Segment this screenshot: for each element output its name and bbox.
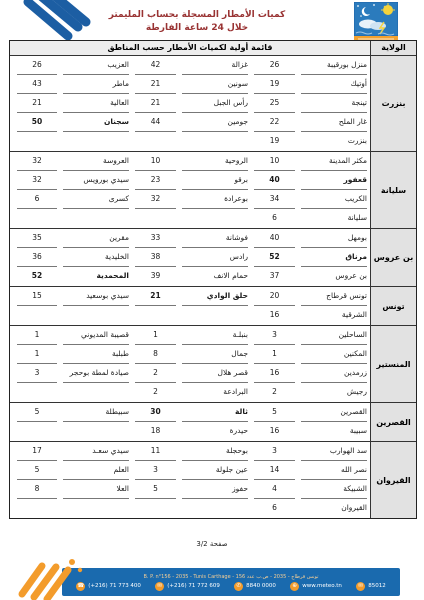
rain-value: 39 (135, 267, 176, 286)
region-name: قصر هلال (182, 364, 248, 383)
rain-value (17, 132, 57, 151)
rain-value: 21 (135, 94, 176, 113)
region-name: منزل بورقيبة (301, 56, 367, 75)
region-name: سليانة (301, 209, 367, 228)
region-name (182, 132, 248, 151)
region-name (182, 499, 248, 518)
region-name: الكريب (301, 190, 367, 209)
sms-icon: ✉ (356, 582, 365, 591)
state-label: تونس (370, 287, 416, 325)
region-name: مرناق (301, 248, 367, 267)
table-section: المنستيرالساحلين3بنبلـة1قصيبة المديوني1ا… (10, 326, 416, 403)
rain-value: 40 (254, 171, 295, 190)
region-name: غار الملح (301, 113, 367, 132)
state-label: القصرين (370, 403, 416, 441)
state-column-header: الولاية (370, 41, 416, 55)
rain-value: 33 (135, 229, 176, 248)
rain-value: 5 (135, 480, 176, 499)
region-name: العالية (63, 94, 129, 113)
rain-value (17, 499, 57, 518)
region-name: سبيبة (301, 422, 367, 441)
region-name: كسرى (63, 190, 129, 209)
region-name: بوعرادة (182, 190, 248, 209)
rain-value: 1 (135, 326, 176, 345)
rain-value: 8 (135, 345, 176, 364)
rain-value: 16 (254, 422, 295, 441)
rain-value (17, 383, 57, 402)
region-name: زرمدين (301, 364, 367, 383)
rain-value: 2 (135, 383, 176, 402)
region-name: بومهل (301, 229, 367, 248)
rain-value (135, 499, 176, 518)
rain-value: 10 (135, 152, 176, 171)
table-title-header: قائمة أولية لكميات الأمطار حسب المناطق (10, 41, 370, 55)
region-name: صيادة لمطة بوحجر (63, 364, 129, 383)
region-name: مكثر المدينة (301, 152, 367, 171)
region-name: الشرقية (301, 306, 367, 325)
region-name: سد الهوارب (301, 442, 367, 461)
region-name (63, 383, 129, 402)
rain-value: 6 (254, 499, 295, 518)
rain-value: 22 (254, 113, 295, 132)
rain-value: 52 (17, 267, 57, 286)
region-name: الروحية (182, 152, 248, 171)
region-name: العلم (63, 461, 129, 480)
region-name: سونين (182, 75, 248, 94)
table-section: القيروانسد الهوارب3بوحجلة11سيدي سعـد17نص… (10, 442, 416, 518)
fax-icon: ✉ (155, 582, 164, 591)
rain-value: 10 (254, 152, 295, 171)
region-name (63, 422, 129, 441)
rain-value: 6 (254, 209, 295, 228)
region-name: سبيطلة (63, 403, 129, 422)
footer-contact-text: www.meteo.tn (302, 583, 342, 589)
rain-value: 2 (254, 383, 295, 402)
footer-contact-item: ✉(+216) 71 772 609 (155, 582, 220, 591)
rain-value: 14 (254, 461, 295, 480)
region-name: قعفور (301, 171, 367, 190)
rain-value: 35 (17, 229, 57, 248)
region-name (63, 132, 129, 151)
region-name: المكنين (301, 345, 367, 364)
page-number: صفحة 3/2 (0, 540, 424, 548)
rain-value (17, 422, 57, 441)
rain-value: 42 (135, 56, 176, 75)
rain-value: 3 (135, 461, 176, 480)
rain-value: 50 (17, 113, 57, 132)
call-center-icon: ✆ (234, 582, 243, 591)
region-name: نصر الله (301, 461, 367, 480)
region-name: جومين (182, 113, 248, 132)
footer-stripes-logo (14, 554, 86, 600)
rain-value: 17 (17, 442, 57, 461)
rain-value: 40 (254, 229, 295, 248)
rain-value: 44 (135, 113, 176, 132)
rain-value: 11 (135, 442, 176, 461)
region-name: سيدي بوسعيد (63, 287, 129, 306)
rain-value: 8 (17, 480, 57, 499)
region-name: حمام الانف (182, 267, 248, 286)
region-name: العزيب (63, 56, 129, 75)
footer-contact-text: (+216) 71 772 609 (167, 583, 220, 589)
rain-value: 15 (17, 287, 57, 306)
state-label: بن عروس (370, 229, 416, 286)
rain-value: 26 (17, 56, 57, 75)
region-name: الساحلين (301, 326, 367, 345)
title-line2: خلال 24 ساعة الفارطة (60, 22, 334, 35)
footer-contact-text: 8840 0000 (246, 583, 276, 589)
state-label: بنزرت (370, 56, 416, 151)
page-title: كميات الأمطار المسجلة بحساب المليمتر خلا… (60, 9, 334, 34)
globe-icon: ⊕ (290, 582, 299, 591)
rain-value: 30 (135, 403, 176, 422)
rain-value: 38 (135, 248, 176, 267)
region-name: فوشانة (182, 229, 248, 248)
state-label: سليانة (370, 152, 416, 228)
region-name: المحمدية (63, 267, 129, 286)
rain-value: 37 (254, 267, 295, 286)
footer-contact-item: ✉85012 (356, 582, 386, 591)
table-section: سليانةمكثر المدينة10الروحية10العروسة32قع… (10, 152, 416, 229)
rain-value: 52 (254, 248, 295, 267)
region-name: حيدرة (182, 422, 248, 441)
rain-value: 32 (17, 152, 57, 171)
region-name: الشبيكة (301, 480, 367, 499)
region-name: ثالة (182, 403, 248, 422)
region-name: ماطر (63, 75, 129, 94)
state-label: المنستير (370, 326, 416, 402)
table-section: تونستونس قرطاج20حلق الوادي21سيدي بوسعيد1… (10, 287, 416, 326)
rain-value: 23 (135, 171, 176, 190)
rain-value: 5 (17, 403, 57, 422)
region-name: سيدي سعـد (63, 442, 129, 461)
region-name: أوتيك (301, 75, 367, 94)
rain-value: 36 (17, 248, 57, 267)
rain-value: 34 (254, 190, 295, 209)
region-name: الخليدية (63, 248, 129, 267)
table-section: القصرينالقصرين5ثالة30سبيطلة5سبيبة16حيدرة… (10, 403, 416, 442)
footer-bar: B. P. n°156 - 2035 - Tunis Carthage - تو… (62, 568, 400, 596)
region-name: قصيبة المديوني (63, 326, 129, 345)
region-name: بوحجلة (182, 442, 248, 461)
region-name (63, 306, 129, 325)
rain-value (135, 132, 176, 151)
rain-value: 3 (17, 364, 57, 383)
region-name: جمال (182, 345, 248, 364)
rain-table-body: بنزرتمنزل بورقيبة26غزالة42العزيب26أوتيك1… (10, 56, 416, 518)
region-name: تونس قرطاج (301, 287, 367, 306)
rain-value: 19 (254, 132, 295, 151)
footer-contact-text: (+216) 71 773 400 (88, 583, 141, 589)
region-name: رأس الجبل (182, 94, 248, 113)
footer-contact-items: ☎(+216) 71 773 400✉(+216) 71 772 609✆884… (62, 582, 400, 591)
rain-value: 5 (254, 403, 295, 422)
region-name (63, 209, 129, 228)
region-name: سجنان (63, 113, 129, 132)
rain-value: 6 (17, 190, 57, 209)
footer-contact-text: 85012 (368, 583, 386, 589)
rain-value: 18 (135, 422, 176, 441)
region-name: برقو (182, 171, 248, 190)
region-name: عين جلولة (182, 461, 248, 480)
rain-value: 2 (135, 364, 176, 383)
footer-address: B. P. n°156 - 2035 - Tunis Carthage - تو… (62, 574, 400, 580)
title-line1: كميات الأمطار المسجلة بحساب المليمتر (60, 9, 334, 22)
rain-value: 43 (17, 75, 57, 94)
rain-value: 26 (254, 56, 295, 75)
rain-value: 21 (135, 75, 176, 94)
region-name: بن عروس (301, 267, 367, 286)
table-header-row: الولاية قائمة أولية لكميات الأمطار حسب ا… (10, 41, 416, 56)
rain-value: 16 (254, 306, 295, 325)
region-name: غزالة (182, 56, 248, 75)
region-name: تينجة (301, 94, 367, 113)
region-name: حلق الوادي (182, 287, 248, 306)
rain-value: 1 (17, 345, 57, 364)
region-name: سيدي بورويس (63, 171, 129, 190)
rain-value: 3 (254, 442, 295, 461)
region-name: رادس (182, 248, 248, 267)
rain-value: 25 (254, 94, 295, 113)
rain-value (135, 306, 176, 325)
region-name: بنزرت (301, 132, 367, 151)
rain-value: 20 (254, 287, 295, 306)
rain-value (17, 306, 57, 325)
region-name (182, 306, 248, 325)
rain-value: 21 (135, 287, 176, 306)
region-name (182, 209, 248, 228)
region-name: القيروان (301, 499, 367, 518)
region-name: العروسة (63, 152, 129, 171)
rain-value: 1 (254, 345, 295, 364)
rain-value: 1 (17, 326, 57, 345)
table-section: بن عروسبومهل40فوشانة33مقرين35مرناق52رادس… (10, 229, 416, 287)
region-name: حفوز (182, 480, 248, 499)
rain-value: 32 (135, 190, 176, 209)
region-name: طبلبة (63, 345, 129, 364)
rainfall-table: الولاية قائمة أولية لكميات الأمطار حسب ا… (9, 40, 417, 519)
rain-value: 4 (254, 480, 295, 499)
rain-value: 32 (17, 171, 57, 190)
region-name: البرادعة (182, 383, 248, 402)
region-name: القصرين (301, 403, 367, 422)
region-name: رجيش (301, 383, 367, 402)
rain-value: 16 (254, 364, 295, 383)
region-name (63, 499, 129, 518)
state-label: القيروان (370, 442, 416, 518)
footer-contact-item: ✆8840 0000 (234, 582, 276, 591)
table-section: بنزرتمنزل بورقيبة26غزالة42العزيب26أوتيك1… (10, 56, 416, 152)
region-name: العلا (63, 480, 129, 499)
rain-value: 3 (254, 326, 295, 345)
rain-value: 21 (17, 94, 57, 113)
footer-contact-item: ⊕www.meteo.tn (290, 582, 342, 591)
region-name: مقرين (63, 229, 129, 248)
region-name: بنبلـة (182, 326, 248, 345)
rain-value (17, 209, 57, 228)
rain-value: 5 (17, 461, 57, 480)
rain-value (135, 209, 176, 228)
rain-value: 19 (254, 75, 295, 94)
